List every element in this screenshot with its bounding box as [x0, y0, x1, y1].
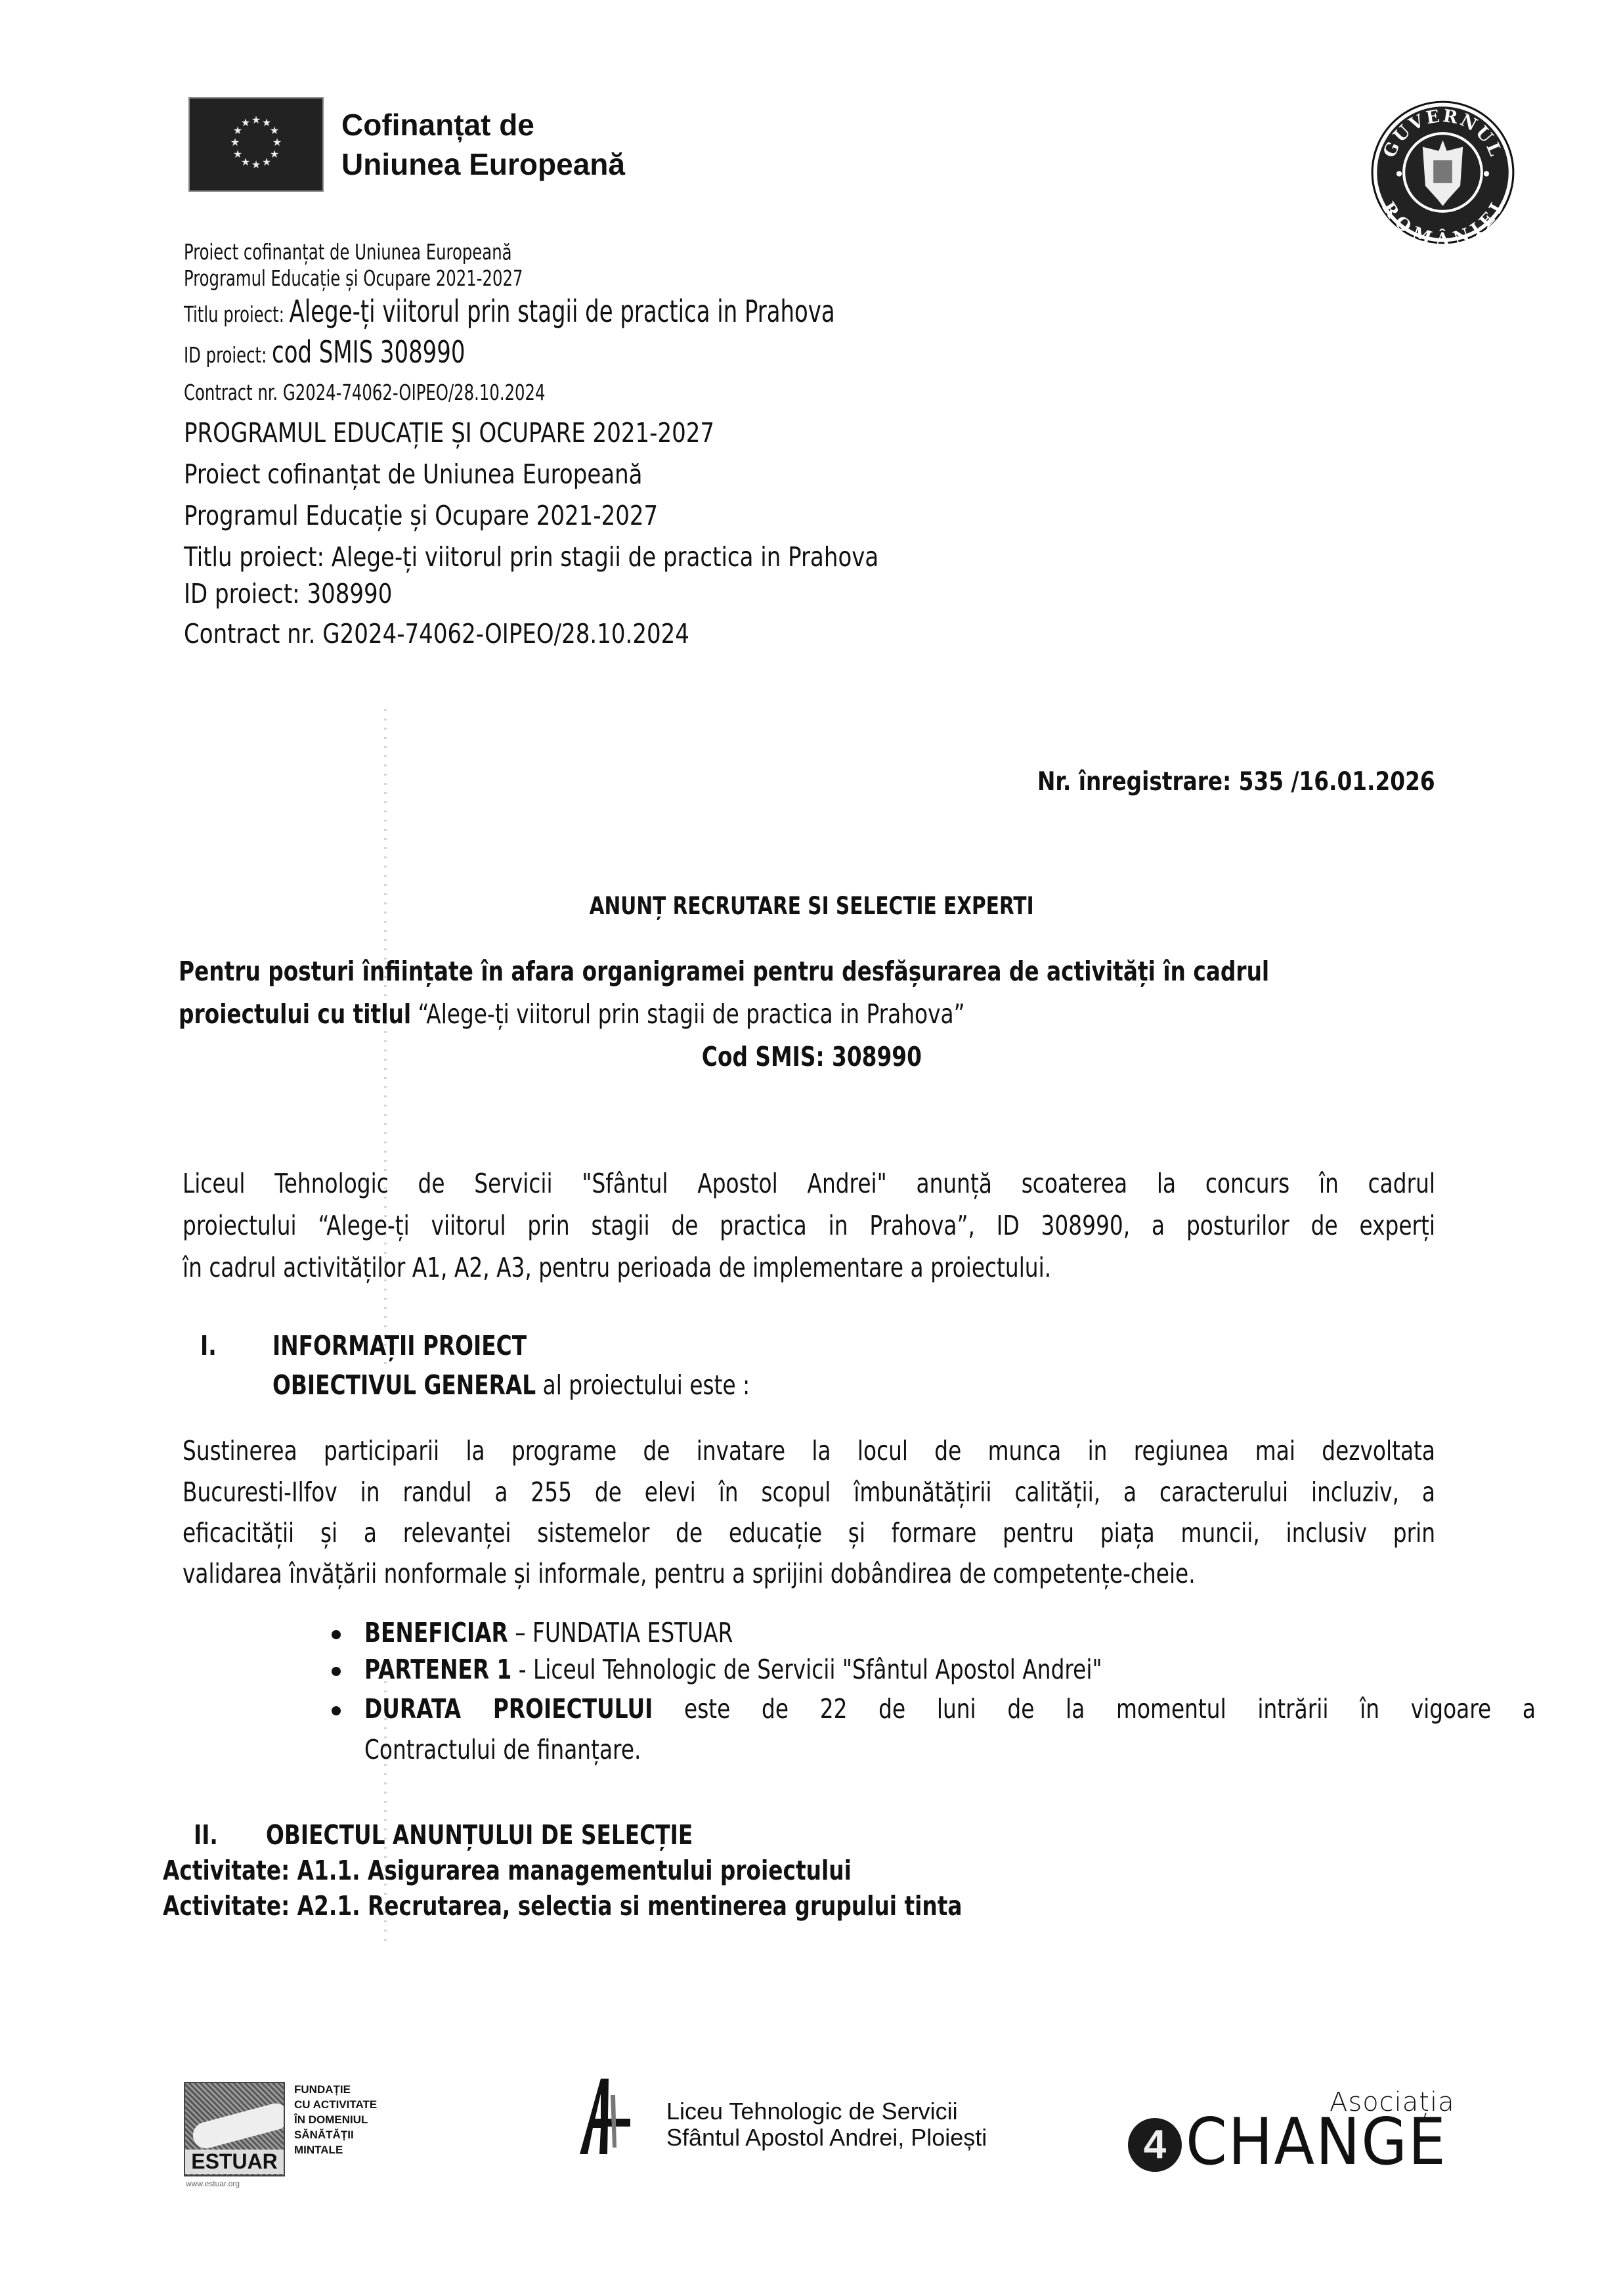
eu-cofinancing-label: Cofinanțat de Uniunea Europeană — [341, 105, 625, 184]
change-4-circle-icon: 4 — [1128, 2118, 1182, 2172]
svg-text:★: ★ — [251, 114, 261, 126]
estuar-tagline: FUNDAȚIE CU ACTIVITATE ÎN DOMENIUL SĂNĂT… — [294, 2082, 377, 2157]
estuar-tagline-line: CU ACTIVITATE — [294, 2097, 377, 2112]
objective-line-1: Sustinerea participarii la programe de i… — [183, 1435, 1435, 1467]
intro-line-3: în cadrul activităților A1, A2, A3, pent… — [183, 1252, 1435, 1283]
announcement-subtitle-line1: Pentru posturi înființate în afara organ… — [179, 956, 1269, 987]
estuar-url: www.estuar.org — [186, 2179, 240, 2188]
eu-label-line1: Cofinanțat de — [341, 105, 625, 144]
bullet-partener-label: PARTENER 1 — [364, 1654, 511, 1685]
bullet-dot — [332, 1667, 341, 1676]
id-value: cod SMIS 308990 — [272, 334, 465, 370]
section2-number: II. — [194, 1819, 218, 1851]
intro-line-1: Liceul Tehnologic de Servicii "Sfântul A… — [183, 1168, 1435, 1199]
intro-line-2: proiectului “Alege-ți viitorul prin stag… — [183, 1210, 1435, 1241]
title-label: Titlu proiect: — [184, 301, 284, 327]
activity-a1-1: Activitate: A1.1. Asigurarea managementu… — [163, 1855, 852, 1886]
svg-text:★: ★ — [272, 136, 282, 148]
header-program-line: Programul Educație și Ocupare 2021-2027 — [184, 265, 523, 292]
id-label: ID proiect: — [184, 342, 267, 368]
header-id-line: ID proiect: cod SMIS 308990 — [184, 339, 465, 368]
section2-heading: OBIECTUL ANUNȚULUI DE SELECȚIE — [266, 1819, 693, 1851]
header-contract-line: Contract nr. G2024-74062-OIPEO/28.10.202… — [184, 380, 546, 406]
svg-text:★: ★ — [270, 124, 279, 137]
subtitle-project-name: “Alege-ți viitorul prin stagii de practi… — [411, 998, 965, 1030]
section1-heading: INFORMAȚII PROIECT — [272, 1330, 527, 1361]
objective-line-4: validarea învățării nonformale și inform… — [183, 1558, 1435, 1589]
contract-line: Contract nr. G2024-74062-OIPEO/28.10.202… — [184, 617, 689, 650]
bullet-beneficiar-text: – FUNDATIA ESTUAR — [508, 1617, 733, 1648]
smis-code: Cod SMIS: 308990 — [701, 1041, 921, 1072]
change-wordmark: CHANGE — [1186, 2109, 1447, 2175]
smis-code-line: Cod SMIS: 308990 — [0, 1041, 1623, 1072]
header-cofinancing-line: Proiect cofinanțat de Uniunea Europeană — [184, 239, 512, 265]
cofinancing-line: Proiect cofinanțat de Uniunea Europeană — [184, 458, 643, 491]
liceu-name: Liceu Tehnologic de Servicii Sfântul Apo… — [666, 2098, 987, 2151]
estuar-logo: ESTUAR — [184, 2082, 285, 2176]
objective-line-2: Bucuresti-Ilfov in randul a 255 de elevi… — [183, 1476, 1435, 1508]
bullet-durata-label: DURATA PROIECTULUI — [364, 1693, 653, 1725]
bullet-durata: DURATA PROIECTULUI este de 22 de luni de… — [364, 1693, 1536, 1725]
liceu-name-line2: Sfântul Apostol Andrei, Ploiești — [666, 2125, 987, 2151]
liceu-name-line1: Liceu Tehnologic de Servicii — [666, 2098, 987, 2125]
bullet-beneficiar-label: BENEFICIAR — [364, 1617, 508, 1648]
svg-text:★: ★ — [262, 156, 271, 168]
objective-intro: OBIECTIVUL GENERAL al proiectului este : — [272, 1369, 750, 1401]
bullet-dot — [332, 1630, 341, 1639]
program-heading: PROGRAMUL EDUCAȚIE ȘI OCUPARE 2021-2027 — [184, 416, 714, 449]
estuar-swoosh-icon — [190, 2100, 285, 2151]
project-title-line: Titlu proiect: Alege-ți viitorul prin st… — [184, 541, 878, 573]
estuar-tagline-line: SĂNĂTĂȚII — [294, 2127, 377, 2142]
bullet-dot — [332, 1706, 341, 1715]
registration-number: Nr. înregistrare: 535 /16.01.2026 — [1037, 767, 1435, 797]
estuar-wordmark: ESTUAR — [185, 2150, 284, 2174]
bullet-partener: PARTENER 1 - Liceul Tehnologic de Servic… — [364, 1654, 1102, 1685]
announcement-title: ANUNȚ RECRUTARE SI SELECTIE EXPERTI — [0, 892, 1623, 920]
bullet-beneficiar: BENEFICIAR – FUNDATIA ESTUAR — [364, 1617, 733, 1648]
title-value: Alege-ți viitorul prin stagii de practic… — [290, 294, 835, 329]
svg-text:★: ★ — [233, 148, 242, 160]
program-line: Programul Educație și Ocupare 2021-2027 — [184, 499, 658, 532]
bullet-durata-text: este de 22 de luni de la momentul intrăr… — [653, 1693, 1536, 1725]
romanian-government-seal: GUVERNUL ROMÂNIEI — [1369, 99, 1517, 246]
svg-text:★: ★ — [230, 136, 240, 148]
eu-label-line2: Uniunea Europeană — [341, 144, 625, 184]
activity-a2-1: Activitate: A2.1. Recrutarea, selectia s… — [163, 1890, 963, 1922]
header-title-line: Titlu proiect: Alege-ți viitorul prin st… — [184, 298, 835, 328]
project-id-line: ID proiect: 308990 — [184, 577, 392, 610]
objective-line-3: eficacității și a relevanței sistemelor … — [183, 1517, 1435, 1549]
announcement-title-text: ANUNȚ RECRUTARE SI SELECTIE EXPERTI — [590, 892, 1034, 920]
liceu-a-logo-icon — [574, 2075, 634, 2157]
eu-flag-logo: ★★★ ★★★ ★★★ ★★★ — [188, 97, 324, 192]
estuar-tagline-line: FUNDAȚIE — [294, 2082, 377, 2097]
subtitle-bold: proiectului cu titlul — [179, 998, 411, 1030]
svg-text:★: ★ — [241, 116, 250, 129]
estuar-tagline-line: MINTALE — [294, 2142, 377, 2157]
svg-text:★: ★ — [251, 158, 261, 171]
objective-label-rest: al proiectului este : — [536, 1369, 750, 1401]
bullet-partener-text: - Liceul Tehnologic de Servicii "Sfântul… — [511, 1654, 1102, 1685]
estuar-tagline-line: ÎN DOMENIUL — [294, 2112, 377, 2127]
announcement-subtitle-line2: proiectului cu titlul “Alege-ți viitorul… — [179, 998, 965, 1030]
section1-number: I. — [200, 1330, 217, 1361]
objective-label: OBIECTIVUL GENERAL — [272, 1369, 536, 1401]
bullet-durata-continuation: Contractului de finanțare. — [364, 1734, 641, 1765]
